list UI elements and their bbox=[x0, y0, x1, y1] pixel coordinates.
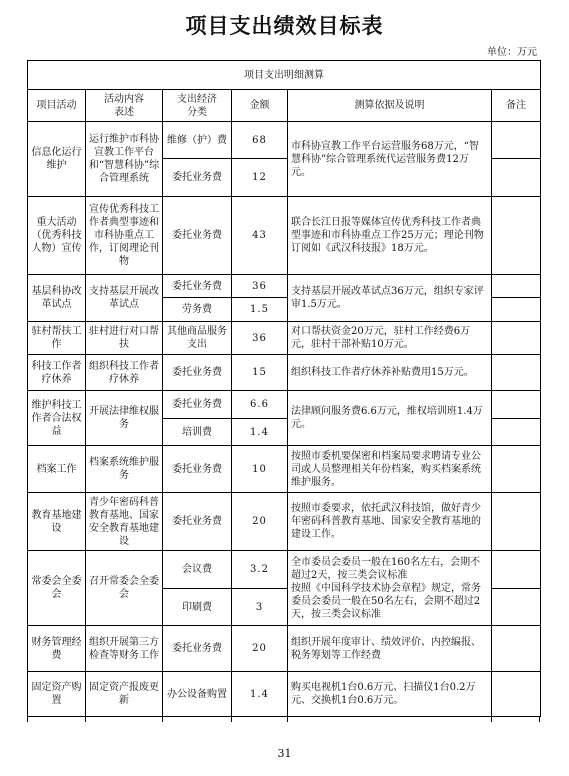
content-cell: 支持基层开展改革试点 bbox=[86, 275, 163, 322]
activity-cell: 基层科协改革试点 bbox=[28, 275, 86, 322]
category-cell: 印刷费 bbox=[163, 589, 232, 626]
amount-cell: 36 bbox=[232, 322, 288, 355]
col-header-content: 活动内容表述 bbox=[86, 90, 163, 122]
basis-cell: 组织开展年度审计、绩效评价、内控编报、税务筹划等工作经费 bbox=[288, 626, 492, 672]
remark-cell bbox=[492, 197, 541, 275]
remark-cell bbox=[492, 355, 541, 391]
table-row: 教育基地建设青少年密码科普教育基地、国家安全教育基地建设委托业务费20按照市委要… bbox=[28, 493, 541, 551]
activity-cell: 维护科技工作者合法权益 bbox=[28, 391, 86, 446]
category-cell: 委托业务费 bbox=[163, 446, 232, 493]
basis-cell: 联合长江日报等媒体宣传优秀科技工作者典型事迹和市科协重点工作25万元；理论刊物订… bbox=[288, 197, 492, 275]
category-cell: 维修（护）费 bbox=[163, 122, 232, 159]
content-cell: 档案系统维护服务 bbox=[86, 446, 163, 493]
table-row: 档案工作档案系统维护服务委托业务费10按照市委机要保密和档案局要求聘请专业公司或… bbox=[28, 446, 541, 493]
remark-cell bbox=[492, 159, 541, 197]
amount-cell: 1.4 bbox=[232, 419, 288, 446]
remark-cell bbox=[492, 391, 541, 419]
basis-cell: 法律顾问服务费6.6万元，维权培训班1.4万元。 bbox=[288, 391, 492, 446]
remark-cell bbox=[492, 446, 541, 493]
table-continuation-mark bbox=[539, 717, 540, 722]
column-header-row: 项目活动 活动内容表述 支出经济分类 金额 测算依据及说明 备注 bbox=[28, 90, 541, 122]
content-cell: 宣传优秀科技工作者典型事迹和市科协重点工作，订阅理论刊物 bbox=[86, 197, 163, 275]
table-row: 常委会全委会召开常委会全委会会议费3.2全市委员会委员一般在160名左右，会期不… bbox=[28, 551, 541, 589]
amount-cell: 1.4 bbox=[232, 672, 288, 717]
remark-cell bbox=[492, 589, 541, 626]
activity-cell: 教育基地建设 bbox=[28, 493, 86, 551]
basis-cell: 全市委员会委员一般在160名左右，会期不超过2天，按三类会议标准 按照《中国科学… bbox=[288, 551, 492, 626]
amount-cell: 36 bbox=[232, 275, 288, 298]
expenditure-table: 项目支出明细测算 项目活动 活动内容表述 支出经济分类 金额 测算依据及说明 备… bbox=[27, 60, 541, 717]
category-cell: 委托业务费 bbox=[163, 275, 232, 298]
table-continuation-mark bbox=[85, 717, 86, 722]
amount-cell: 3 bbox=[232, 589, 288, 626]
amount-cell: 20 bbox=[232, 626, 288, 672]
amount-cell: 68 bbox=[232, 122, 288, 159]
amount-cell: 10 bbox=[232, 446, 288, 493]
activity-cell: 档案工作 bbox=[28, 446, 86, 493]
table-continuation-mark bbox=[491, 717, 492, 722]
basis-cell: 对口帮扶资金20万元，驻村工作经费6万元，驻村干部补贴10万元。 bbox=[288, 322, 492, 355]
category-cell: 委托业务费 bbox=[163, 626, 232, 672]
activity-cell: 重大活动（优秀科技人物）宣传 bbox=[28, 197, 86, 275]
category-cell: 劳务费 bbox=[163, 298, 232, 322]
table-row: 重大活动（优秀科技人物）宣传宣传优秀科技工作者典型事迹和市科协重点工作，订阅理论… bbox=[28, 197, 541, 275]
content-cell: 固定资产报废更新 bbox=[86, 672, 163, 717]
remark-cell bbox=[492, 275, 541, 298]
content-cell: 驻村进行对口帮扶 bbox=[86, 322, 163, 355]
basis-cell: 组织科技工作者疗休养补贴费用15万元。 bbox=[288, 355, 492, 391]
category-cell: 委托业务费 bbox=[163, 159, 232, 197]
col-header-remark: 备注 bbox=[492, 90, 541, 122]
content-cell: 组织科技工作者疗休养 bbox=[86, 355, 163, 391]
table-continuation-mark bbox=[287, 717, 288, 722]
amount-cell: 15 bbox=[232, 355, 288, 391]
page-title: 项目支出绩效目标表 bbox=[0, 10, 569, 40]
table-row: 基层科协改革试点支持基层开展改革试点委托业务费36支持基层开展改革试点36万元，… bbox=[28, 275, 541, 298]
col-header-basis: 测算依据及说明 bbox=[288, 90, 492, 122]
table-row: 信息化运行维护运行维护市科协宣教工作平台和“智慧科协”综合管理系统维修（护）费6… bbox=[28, 122, 541, 159]
basis-cell: 市科协宣教工作平台运营服务68万元，“智慧科协”综合管理系统代运营服务费12万元… bbox=[288, 122, 492, 197]
content-cell: 运行维护市科协宣教工作平台和“智慧科协”综合管理系统 bbox=[86, 122, 163, 197]
table-row: 科技工作者疗休养组织科技工作者疗休养委托业务费15组织科技工作者疗休养补贴费用1… bbox=[28, 355, 541, 391]
col-header-category: 支出经济分类 bbox=[163, 90, 232, 122]
table-continuation-mark bbox=[231, 717, 232, 722]
page-number: 31 bbox=[0, 747, 569, 760]
amount-cell: 12 bbox=[232, 159, 288, 197]
amount-cell: 6.6 bbox=[232, 391, 288, 419]
table-continuation-mark bbox=[27, 717, 28, 722]
unit-label: 单位：万元 bbox=[487, 43, 537, 58]
content-cell: 青少年密码科普教育基地、国家安全教育基地建设 bbox=[86, 493, 163, 551]
col-header-activity: 项目活动 bbox=[28, 90, 86, 122]
table-row: 财务管理经费组织开展第三方检查等财务工作委托业务费20组织开展年度审计、绩效评价… bbox=[28, 626, 541, 672]
category-cell: 办公设备购置 bbox=[163, 672, 232, 717]
category-cell: 委托业务费 bbox=[163, 197, 232, 275]
remark-cell bbox=[492, 493, 541, 551]
category-cell: 委托业务费 bbox=[163, 355, 232, 391]
activity-cell: 驻村帮扶工作 bbox=[28, 322, 86, 355]
category-cell: 其他商品服务支出 bbox=[163, 322, 232, 355]
amount-cell: 20 bbox=[232, 493, 288, 551]
activity-cell: 信息化运行维护 bbox=[28, 122, 86, 197]
category-cell: 会议费 bbox=[163, 551, 232, 589]
activity-cell: 常委会全委会 bbox=[28, 551, 86, 626]
category-cell: 培训费 bbox=[163, 419, 232, 446]
remark-cell bbox=[492, 551, 541, 589]
remark-cell bbox=[492, 298, 541, 322]
category-cell: 委托业务费 bbox=[163, 493, 232, 551]
activity-cell: 科技工作者疗休养 bbox=[28, 355, 86, 391]
remark-cell bbox=[492, 322, 541, 355]
table-row: 驻村帮扶工作驻村进行对口帮扶其他商品服务支出36对口帮扶资金20万元，驻村工作经… bbox=[28, 322, 541, 355]
content-cell: 开展法律维权服务 bbox=[86, 391, 163, 446]
basis-cell: 支持基层开展改革试点36万元，组织专家评审1.5万元。 bbox=[288, 275, 492, 322]
remark-cell bbox=[492, 626, 541, 672]
content-cell: 召开常委会全委会 bbox=[86, 551, 163, 626]
table-row: 维护科技工作者合法权益开展法律维权服务委托业务费6.6法律顾问服务费6.6万元，… bbox=[28, 391, 541, 419]
table-row: 固定资产购置固定资产报废更新办公设备购置1.4购买电视机1台0.6万元、扫描仪1… bbox=[28, 672, 541, 717]
remark-cell bbox=[492, 122, 541, 159]
amount-cell: 3.2 bbox=[232, 551, 288, 589]
basis-cell: 按照市委机要保密和档案局要求聘请专业公司或人员整理相关年份档案，购买档案系统维护… bbox=[288, 446, 492, 493]
amount-cell: 1.5 bbox=[232, 298, 288, 322]
category-cell: 委托业务费 bbox=[163, 391, 232, 419]
section-header: 项目支出明细测算 bbox=[28, 61, 541, 90]
activity-cell: 财务管理经费 bbox=[28, 626, 86, 672]
table-continuation-mark bbox=[162, 717, 163, 722]
col-header-amount: 金额 bbox=[232, 90, 288, 122]
remark-cell bbox=[492, 672, 541, 717]
basis-cell: 按照市委要求，依托武汉科技馆，做好青少年密码科普教育基地、国家安全教育基地的建设… bbox=[288, 493, 492, 551]
activity-cell: 固定资产购置 bbox=[28, 672, 86, 717]
content-cell: 组织开展第三方检查等财务工作 bbox=[86, 626, 163, 672]
basis-cell: 购买电视机1台0.6万元、扫描仪1台0.2万元、交换机1台0.6万元。 bbox=[288, 672, 492, 717]
amount-cell: 43 bbox=[232, 197, 288, 275]
remark-cell bbox=[492, 419, 541, 446]
